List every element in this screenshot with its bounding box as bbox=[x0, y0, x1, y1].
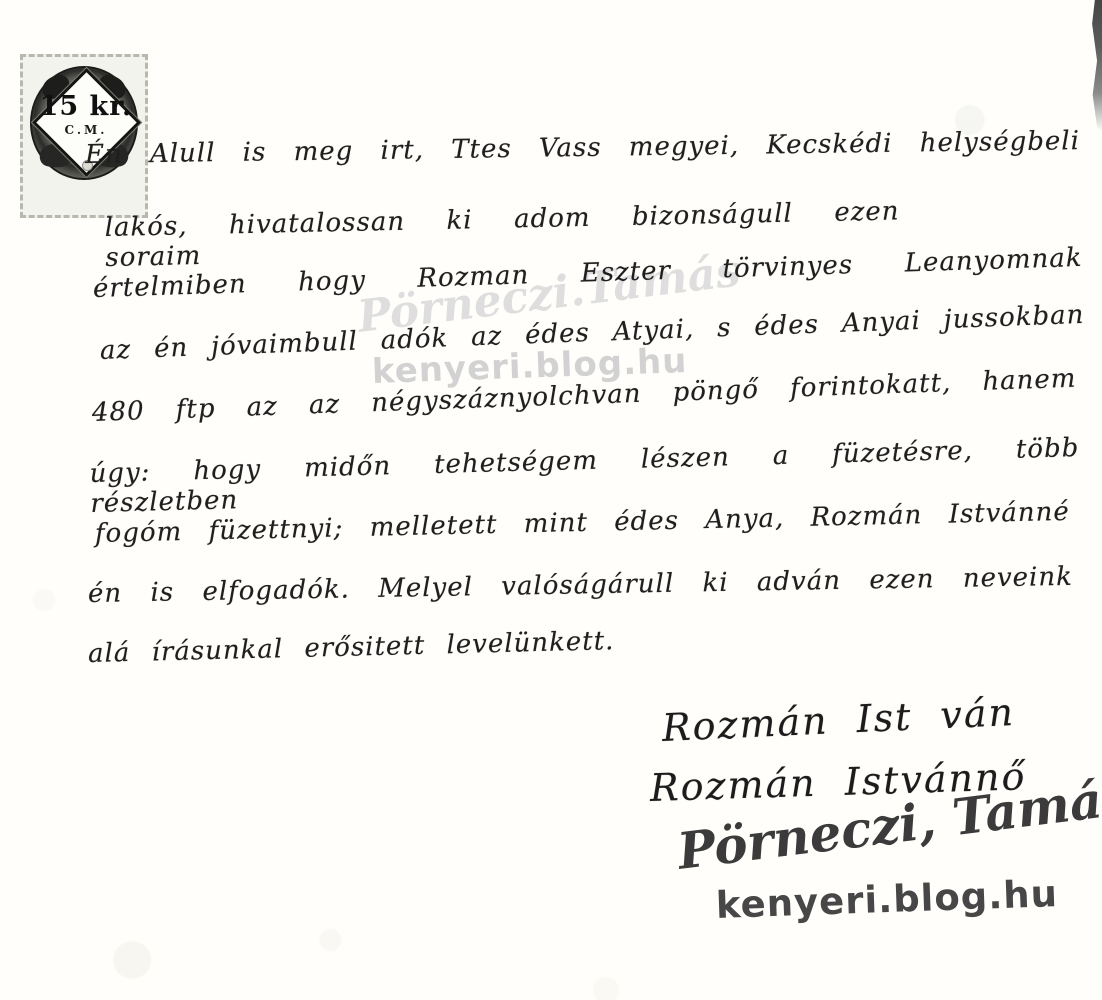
bottom-watermark-site: kenyeri.blog.hu bbox=[715, 872, 1058, 927]
stamp-currency: C.M. bbox=[32, 122, 140, 138]
stamp-value: 15 kr. bbox=[32, 92, 140, 122]
scanned-document-page: 15 kr. C.M. Pörneczi.Tamás kenyeri.blog.… bbox=[0, 0, 1102, 1000]
handwritten-line: Én Alull is meg irt, Ttes Vass megyei, K… bbox=[85, 126, 1080, 170]
stamp-text: 15 kr. C.M. bbox=[32, 92, 140, 138]
handwritten-line: én is elfogadók. Melyel valóságárull ki … bbox=[88, 562, 1073, 609]
torn-paper-edge bbox=[1091, 0, 1102, 132]
signature-rozman-istvan: Rozmán Ist ván bbox=[661, 690, 1016, 750]
revenue-stamp: 15 kr. C.M. bbox=[20, 54, 148, 218]
handwritten-line: alá írásunkal erősitett levelünkett. bbox=[88, 626, 615, 669]
